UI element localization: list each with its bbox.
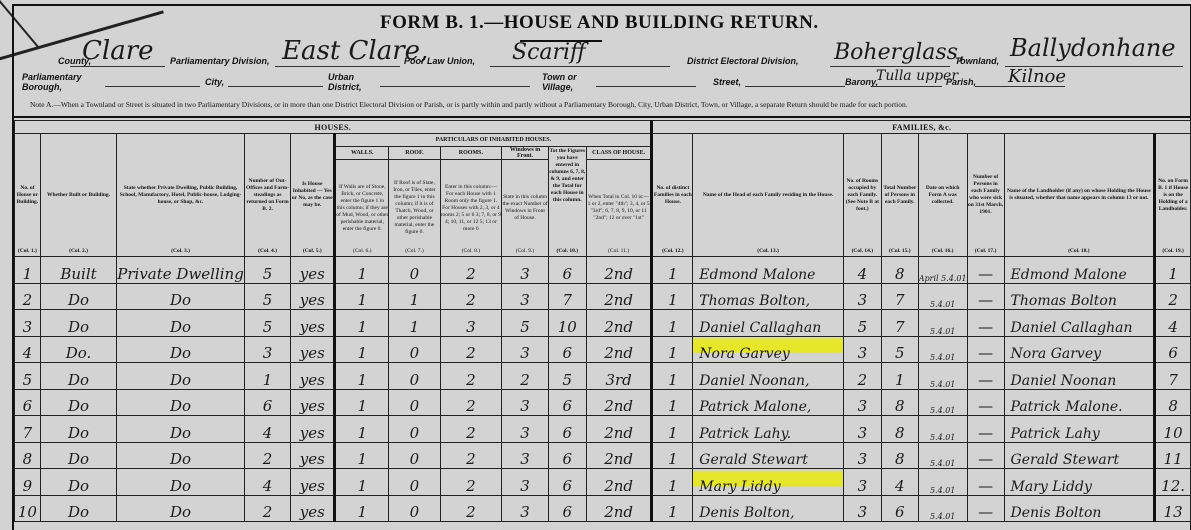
col-header-12: No. of distinct Families in each House.(…	[652, 134, 693, 257]
out-offices: 2	[244, 442, 290, 469]
head-of-family: Daniel Callaghan	[693, 310, 844, 337]
table-row: 8 Do Do 2 yes 1 0 2 3 6 2nd 1 Gerald Ste…	[15, 442, 1191, 469]
col-header-14: No. of Rooms occupied by each Family. (S…	[843, 134, 881, 257]
rooms-occupied: 3	[843, 416, 881, 443]
walls: 1	[335, 283, 389, 310]
windows: 3	[502, 442, 549, 469]
persons-in-family: 6	[881, 495, 918, 522]
field-line	[228, 86, 323, 87]
header-divider	[14, 116, 1190, 118]
form-b1-number: 1	[1155, 257, 1191, 284]
total: 6	[548, 416, 586, 443]
date-collected: 5.4.01	[918, 336, 967, 363]
out-offices: 5	[244, 283, 290, 310]
walls: 1	[335, 495, 389, 522]
inhabited: yes	[291, 257, 335, 284]
persons-sick: —	[967, 389, 1004, 416]
persons-in-family: 7	[881, 310, 918, 337]
building-type: Private Dwelling	[117, 257, 245, 284]
landholder: Patrick Malone.	[1004, 389, 1155, 416]
roof: 0	[389, 442, 440, 469]
inhabited: yes	[291, 283, 335, 310]
col-header-1: No. of House or Building.(Col. 1.)	[15, 134, 41, 257]
poor-law-union-value: Scariff	[512, 40, 586, 65]
head-of-family: Patrick Malone,	[693, 389, 844, 416]
families-count: 1	[652, 442, 693, 469]
building-type: Do	[117, 416, 245, 443]
total: 6	[548, 389, 586, 416]
table-row: 5 Do Do 1 yes 1 0 2 2 5 3rd 1 Daniel Noo…	[15, 363, 1191, 390]
built-or-building: Do	[40, 469, 116, 496]
form-b1-number: 8	[1155, 389, 1191, 416]
families-count: 1	[652, 283, 693, 310]
total: 10	[548, 310, 586, 337]
field-line	[745, 86, 845, 87]
building-type: Do	[117, 442, 245, 469]
total: 7	[548, 283, 586, 310]
rooms: 2	[440, 389, 502, 416]
section-particulars: PARTICULARS OF INHABITED HOUSES.	[335, 134, 652, 147]
form-b1-number: 6	[1155, 336, 1191, 363]
house-number: 6	[15, 389, 41, 416]
windows: 3	[502, 257, 549, 284]
date-collected: 5.4.01	[918, 469, 967, 496]
windows: 5	[502, 310, 549, 337]
persons-in-family: 7	[881, 283, 918, 310]
date-collected: 5.4.01	[918, 442, 967, 469]
rooms-occupied: 3	[843, 283, 881, 310]
inhabited: yes	[291, 469, 335, 496]
city-label: City,	[205, 77, 224, 87]
inhabited: yes	[291, 416, 335, 443]
table-row: 7 Do Do 4 yes 1 0 2 3 6 2nd 1 Patrick La…	[15, 416, 1191, 443]
landholder: Thomas Bolton	[1004, 283, 1155, 310]
persons-in-family: 8	[881, 389, 918, 416]
field-line	[872, 86, 942, 87]
house-number: 1	[15, 257, 41, 284]
house-number: 2	[15, 283, 41, 310]
head-of-family: Denis Bolton,	[693, 495, 844, 522]
county-value: Clare	[82, 36, 154, 66]
persons-in-family: 8	[881, 416, 918, 443]
col-header-13: Name of the Head of each Family residing…	[693, 134, 844, 257]
inhabited: yes	[291, 495, 335, 522]
walls: 1	[335, 310, 389, 337]
house-class: 2nd	[586, 442, 652, 469]
urban-district-label: Urban District,	[328, 72, 388, 92]
inhabited: yes	[291, 389, 335, 416]
landholder: Gerald Stewart	[1004, 442, 1155, 469]
date-collected: 5.4.01	[918, 363, 967, 390]
col-header-2: Whether Built or Building.(Col. 2.)	[40, 134, 116, 257]
landholder: Mary Liddy	[1004, 469, 1155, 496]
walls: 1	[335, 442, 389, 469]
roof: 1	[389, 283, 440, 310]
landholder: Daniel Noonan	[1004, 363, 1155, 390]
col-header-16: Date on which Form A was collected.(Col.…	[918, 134, 967, 257]
section-families: FAMILIES, &c.	[652, 121, 1191, 134]
col-header-4: Number of Out-Offices and Farm-steadings…	[244, 134, 290, 257]
head-of-family: Thomas Bolton,	[693, 283, 844, 310]
building-type: Do	[117, 389, 245, 416]
census-form-page: FORM B. 1.—HOUSE AND BUILDING RETURN. Co…	[0, 0, 1191, 530]
head-of-family: Nora Garvey	[693, 336, 844, 363]
persons-in-family: 8	[881, 257, 918, 284]
field-line	[830, 66, 950, 67]
date-collected: 5.4.01	[918, 416, 967, 443]
townland-value: Ballydonhane	[1010, 34, 1176, 62]
rooms-occupied: 4	[843, 257, 881, 284]
roof: 1	[389, 310, 440, 337]
persons-sick: —	[967, 257, 1004, 284]
windows: 3	[502, 495, 549, 522]
rooms: 2	[440, 416, 502, 443]
table-row: 1 Built Private Dwelling 5 yes 1 0 2 3 6…	[15, 257, 1191, 284]
field-line	[596, 86, 696, 87]
rooms: 3	[440, 310, 502, 337]
out-offices: 4	[244, 469, 290, 496]
out-offices: 5	[244, 310, 290, 337]
field-line	[105, 86, 200, 87]
house-number: 7	[15, 416, 41, 443]
built-or-building: Do	[40, 283, 116, 310]
building-type: Do	[117, 283, 245, 310]
roof: 0	[389, 336, 440, 363]
head-of-family: Daniel Noonan,	[693, 363, 844, 390]
house-class: 2nd	[586, 469, 652, 496]
rooms: 2	[440, 469, 502, 496]
families-count: 1	[652, 310, 693, 337]
windows: 2	[502, 363, 549, 390]
landholder: Edmond Malone	[1004, 257, 1155, 284]
col-header-18: Name of the Landholder (if any) on whose…	[1004, 134, 1155, 257]
house-building-table: HOUSES. FAMILIES, &c. No. of House or Bu…	[14, 120, 1191, 522]
families-count: 1	[652, 469, 693, 496]
table-row: 9 Do Do 4 yes 1 0 2 3 6 2nd 1 Mary Liddy…	[15, 469, 1191, 496]
total: 6	[548, 336, 586, 363]
subheader-windows: Windows in Front.	[502, 147, 549, 160]
building-type: Do	[117, 495, 245, 522]
rooms: 2	[440, 283, 502, 310]
townland-label: Townland,	[955, 56, 999, 66]
house-number: 4	[15, 336, 41, 363]
walls: 1	[335, 469, 389, 496]
rooms: 2	[440, 495, 502, 522]
total: 5	[548, 363, 586, 390]
table-row: 6 Do Do 6 yes 1 0 2 3 6 2nd 1 Patrick Ma…	[15, 389, 1191, 416]
col-header-7: If Roof is of Slate, Iron, or Tiles, ent…	[389, 160, 440, 257]
persons-in-family: 1	[881, 363, 918, 390]
built-or-building: Do	[40, 363, 116, 390]
landholder: Denis Bolton	[1004, 495, 1155, 522]
rooms-occupied: 3	[843, 442, 881, 469]
out-offices: 5	[244, 257, 290, 284]
parish-value: Kilnoe	[1008, 66, 1066, 87]
building-type: Do	[117, 336, 245, 363]
inhabited: yes	[291, 336, 335, 363]
roof: 0	[389, 363, 440, 390]
persons-sick: —	[967, 336, 1004, 363]
walls: 1	[335, 336, 389, 363]
head-of-family: Edmond Malone	[693, 257, 844, 284]
house-number: 3	[15, 310, 41, 337]
house-class: 3rd	[586, 363, 652, 390]
house-number: 10	[15, 495, 41, 522]
head-of-family: Gerald Stewart	[693, 442, 844, 469]
house-number: 9	[15, 469, 41, 496]
persons-sick: —	[967, 416, 1004, 443]
building-type: Do	[117, 469, 245, 496]
date-collected: 5.4.01	[918, 310, 967, 337]
col-header-6: If Walls are of Stone, Brick, or Concret…	[335, 160, 389, 257]
house-class: 2nd	[586, 257, 652, 284]
town-or-village-label: Town or Village,	[542, 72, 597, 92]
form-b1-number: 12.	[1155, 469, 1191, 496]
built-or-building: Built	[40, 257, 116, 284]
rooms: 2	[440, 257, 502, 284]
inhabited: yes	[291, 442, 335, 469]
inhabited: yes	[291, 310, 335, 337]
built-or-building: Do.	[40, 336, 116, 363]
col-header-15: Total Number of Persons in each Family.(…	[881, 134, 918, 257]
inhabited: yes	[291, 363, 335, 390]
built-or-building: Do	[40, 442, 116, 469]
rooms-occupied: 3	[843, 495, 881, 522]
windows: 3	[502, 469, 549, 496]
form-b1-number: 10	[1155, 416, 1191, 443]
windows: 3	[502, 416, 549, 443]
rooms-occupied: 3	[843, 469, 881, 496]
date-collected: 5.4.01	[918, 389, 967, 416]
table-row: 4 Do. Do 3 yes 1 0 2 3 6 2nd 1 Nora Garv…	[15, 336, 1191, 363]
col-header-8: Enter in this column:— For each House wi…	[440, 160, 502, 257]
house-class: 2nd	[586, 389, 652, 416]
district-electoral-division-label: District Electoral Division,	[687, 56, 799, 66]
families-count: 1	[652, 336, 693, 363]
persons-sick: —	[967, 363, 1004, 390]
house-class: 2nd	[586, 283, 652, 310]
form-title: FORM B. 1.—HOUSE AND BUILDING RETURN.	[380, 12, 819, 34]
total: 6	[548, 442, 586, 469]
house-class: 2nd	[586, 416, 652, 443]
rooms: 2	[440, 363, 502, 390]
col-header-10: Tot the Figures you have entered in colu…	[548, 147, 586, 257]
windows: 3	[502, 389, 549, 416]
windows: 3	[502, 336, 549, 363]
rooms-occupied: 5	[843, 310, 881, 337]
head-of-family: Mary Liddy	[693, 469, 844, 496]
field-line	[380, 86, 530, 87]
date-collected: 5.4.01	[918, 495, 967, 522]
form-b1-number: 4	[1155, 310, 1191, 337]
poor-law-union-label: Poor Law Union,	[404, 56, 475, 66]
head-of-family: Patrick Lahy.	[693, 416, 844, 443]
persons-in-family: 8	[881, 442, 918, 469]
street-label: Street,	[713, 77, 741, 87]
parliamentary-borough-label: Parliamentary Borough,	[22, 72, 102, 92]
col-header-5: Is House Inhabited — Yes or No, as the c…	[291, 134, 335, 257]
families-count: 1	[652, 363, 693, 390]
windows: 3	[502, 283, 549, 310]
building-type: Do	[117, 363, 245, 390]
form-b1-number: 13	[1155, 495, 1191, 522]
walls: 1	[335, 416, 389, 443]
families-count: 1	[652, 257, 693, 284]
total: 6	[548, 495, 586, 522]
field-line	[490, 66, 670, 67]
col-header-17: Number of Persons in each Family who wer…	[967, 134, 1004, 257]
persons-in-family: 5	[881, 336, 918, 363]
built-or-building: Do	[40, 310, 116, 337]
col-header-9: State in this column the exact Number of…	[502, 160, 549, 257]
parliamentary-division-label: Parliamentary Division,	[170, 56, 270, 66]
house-class: 2nd	[586, 495, 652, 522]
total: 6	[548, 469, 586, 496]
table-row: 10 Do Do 2 yes 1 0 2 3 6 2nd 1 Denis Bol…	[15, 495, 1191, 522]
built-or-building: Do	[40, 495, 116, 522]
subheader-class: CLASS OF HOUSE.	[586, 147, 652, 160]
rooms: 2	[440, 442, 502, 469]
persons-sick: —	[967, 283, 1004, 310]
built-or-building: Do	[40, 389, 116, 416]
section-houses: HOUSES.	[15, 121, 652, 134]
col-header-3: State whether Private Dwelling, Public B…	[117, 134, 245, 257]
field-line	[275, 66, 400, 67]
out-offices: 3	[244, 336, 290, 363]
subheader-walls: WALLS.	[335, 147, 389, 160]
roof: 0	[389, 389, 440, 416]
landholder: Nora Garvey	[1004, 336, 1155, 363]
walls: 1	[335, 389, 389, 416]
note-a: Note A.—When a Townland or Street is sit…	[30, 100, 908, 109]
out-offices: 6	[244, 389, 290, 416]
house-class: 2nd	[586, 336, 652, 363]
parish-label: Parish,	[946, 77, 976, 87]
persons-sick: —	[967, 469, 1004, 496]
form-b1-number: 11	[1155, 442, 1191, 469]
roof: 0	[389, 257, 440, 284]
form-b1-number: 7	[1155, 363, 1191, 390]
rooms-occupied: 3	[843, 389, 881, 416]
built-or-building: Do	[40, 416, 116, 443]
total: 6	[548, 257, 586, 284]
rooms-occupied: 3	[843, 336, 881, 363]
families-count: 1	[652, 495, 693, 522]
walls: 1	[335, 363, 389, 390]
out-offices: 2	[244, 495, 290, 522]
roof: 0	[389, 469, 440, 496]
col-header-19: No. on Form B. 1 if House is on the Hold…	[1155, 134, 1191, 257]
rooms: 2	[440, 336, 502, 363]
persons-sick: —	[967, 310, 1004, 337]
families-count: 1	[652, 416, 693, 443]
roof: 0	[389, 416, 440, 443]
subheader-rooms: ROOMS.	[440, 147, 502, 160]
out-offices: 1	[244, 363, 290, 390]
families-count: 1	[652, 389, 693, 416]
field-line	[975, 86, 1065, 87]
form-b1-number: 2	[1155, 283, 1191, 310]
field-line	[70, 66, 165, 67]
house-number: 8	[15, 442, 41, 469]
district-electoral-division-value: Boherglass,	[834, 40, 965, 65]
house-class: 2nd	[586, 310, 652, 337]
persons-sick: —	[967, 442, 1004, 469]
col-header-11: When Total in Col. 10 is:— 1 or 2, enter…	[586, 160, 652, 257]
persons-in-family: 4	[881, 469, 918, 496]
table-row: 2 Do Do 5 yes 1 1 2 3 7 2nd 1 Thomas Bol…	[15, 283, 1191, 310]
persons-sick: —	[967, 495, 1004, 522]
rooms-occupied: 2	[843, 363, 881, 390]
date-collected: April 5.4.01	[918, 257, 967, 284]
table-row: 3 Do Do 5 yes 1 1 3 5 10 2nd 1 Daniel Ca…	[15, 310, 1191, 337]
building-type: Do	[117, 310, 245, 337]
roof: 0	[389, 495, 440, 522]
house-number: 5	[15, 363, 41, 390]
walls: 1	[335, 257, 389, 284]
landholder: Patrick Lahy	[1004, 416, 1155, 443]
landholder: Daniel Callaghan	[1004, 310, 1155, 337]
date-collected: 5.4.01	[918, 283, 967, 310]
out-offices: 4	[244, 416, 290, 443]
subheader-roof: ROOF.	[389, 147, 440, 160]
